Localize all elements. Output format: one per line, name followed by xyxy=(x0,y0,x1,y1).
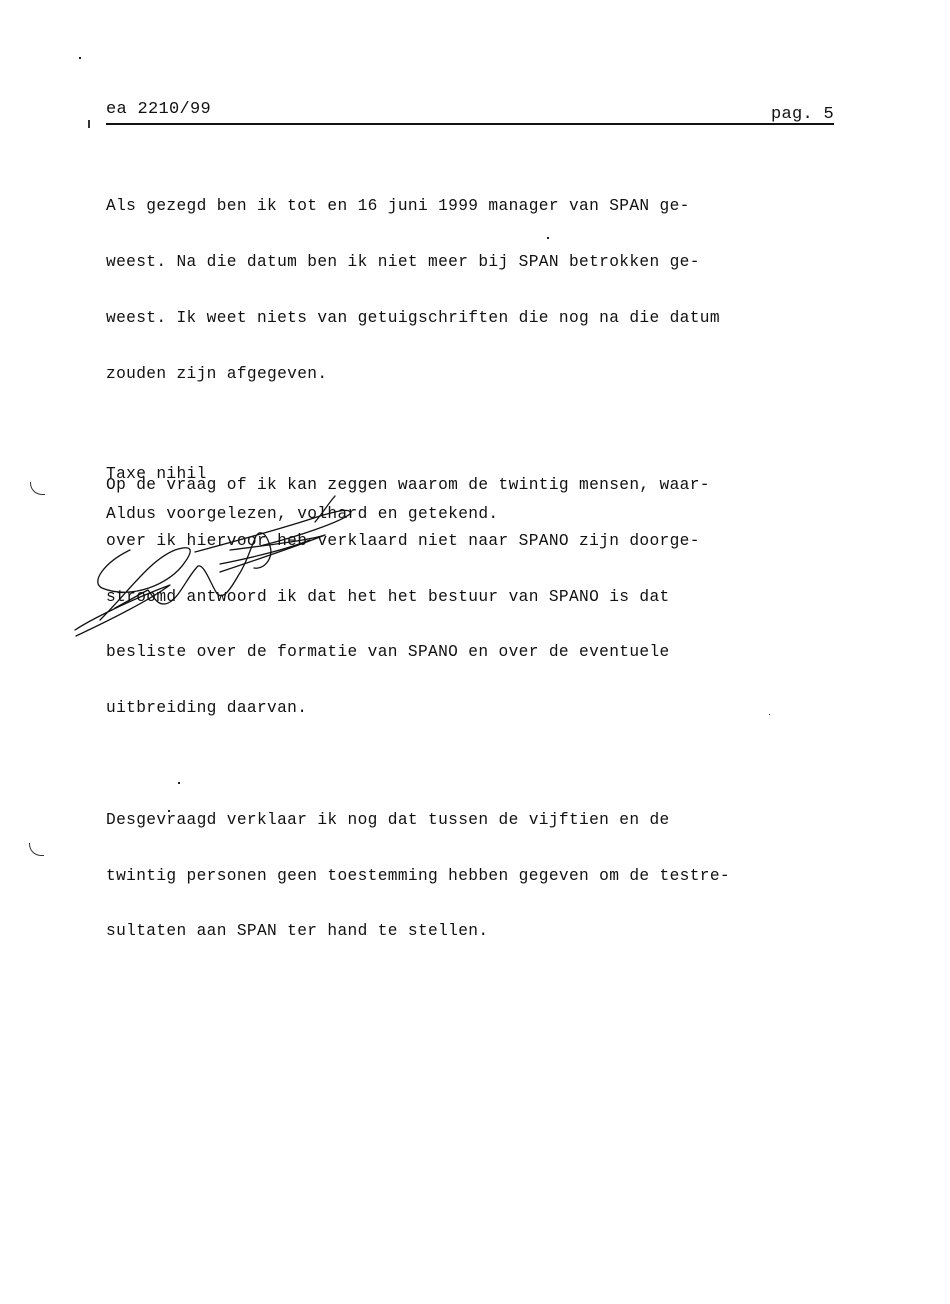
page-header: ea 2210/99 pag. 5 xyxy=(106,100,834,126)
text-line: Als gezegd ben ik tot en 16 juni 1999 ma… xyxy=(106,197,846,216)
text-line: besliste over de formatie van SPANO en o… xyxy=(106,643,846,662)
text-line: zouden zijn afgegeven. xyxy=(106,365,846,384)
text-line: Desgevraagd verklaar ik nog dat tussen d… xyxy=(106,811,846,830)
signature-icon xyxy=(70,490,370,640)
scan-speck xyxy=(79,57,81,59)
fee-note: Taxe nihil xyxy=(106,465,207,483)
case-reference: ea 2210/99 xyxy=(106,100,211,119)
page-number: pag. 5 xyxy=(771,105,834,124)
paragraph-1: Als gezegd ben ik tot en 16 juni 1999 ma… xyxy=(106,160,846,420)
text-line: weest. Ik weet niets van getuigschriften… xyxy=(106,309,846,328)
punch-hole-mark xyxy=(30,482,45,495)
header-rule xyxy=(106,123,834,125)
margin-mark xyxy=(88,120,90,128)
punch-hole-mark xyxy=(29,843,44,856)
text-line: sultaten aan SPAN ter hand te stellen. xyxy=(106,922,846,941)
text-line: weest. Na die datum ben ik niet meer bij… xyxy=(106,253,846,272)
text-line: uitbreiding daarvan. xyxy=(106,699,846,718)
text-line: twintig personen geen toestemming hebben… xyxy=(106,867,846,886)
paragraph-3: Desgevraagd verklaar ik nog dat tussen d… xyxy=(106,774,846,979)
